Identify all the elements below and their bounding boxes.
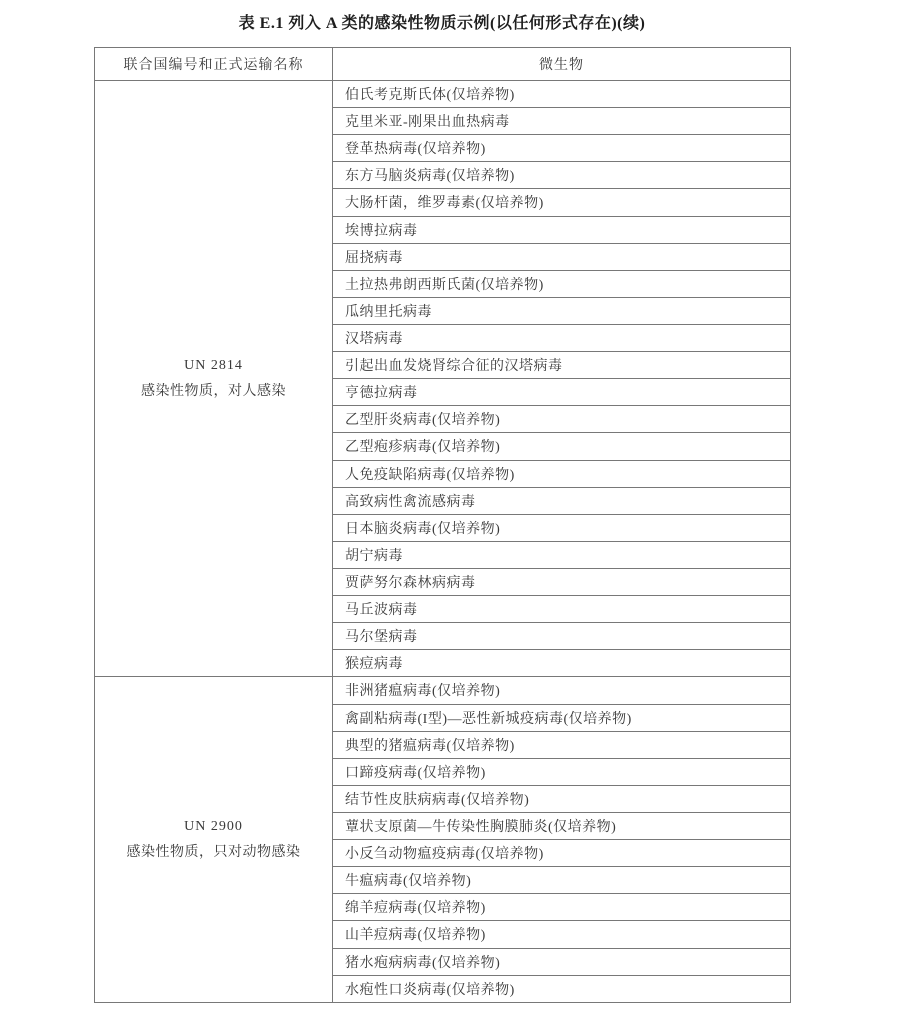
microorganism-cell: 猪水疱病病毒(仅培养物)	[333, 948, 791, 975]
microorganism-cell: 土拉热弗朗西斯氏菌(仅培养物)	[333, 270, 791, 297]
proper-shipping-name: 感染性物质，只对动物感染	[96, 841, 331, 861]
microorganism-cell: 日本脑炎病毒(仅培养物)	[333, 514, 791, 541]
table-title: 表 E.1 列入 A 类的感染性物质示例(以任何形式存在)(续)	[94, 10, 790, 33]
table-header: 联合国编号和正式运输名称 微生物	[95, 48, 791, 81]
microorganism-cell: 乙型肝炎病毒(仅培养物)	[333, 406, 791, 433]
microorganism-cell: 高致病性禽流感病毒	[333, 487, 791, 514]
microorganism-cell: 引起出血发烧肾综合征的汉塔病毒	[333, 352, 791, 379]
microorganism-cell: 贾萨努尔森林病病毒	[333, 568, 791, 595]
microorganism-cell: 山羊痘病毒(仅培养物)	[333, 921, 791, 948]
microorganism-cell: 绵羊痘病毒(仅培养物)	[333, 894, 791, 921]
un-group-cell: UN 2814感染性物质，对人感染	[95, 81, 333, 677]
microorganism-cell: 猴痘病毒	[333, 650, 791, 677]
microorganism-cell: 马尔堡病毒	[333, 623, 791, 650]
infectious-substances-table: 联合国编号和正式运输名称 微生物 UN 2814感染性物质，对人感染伯氏考克斯氏…	[94, 47, 791, 1003]
header-row: 联合国编号和正式运输名称 微生物	[95, 48, 791, 81]
microorganism-cell: 埃博拉病毒	[333, 216, 791, 243]
microorganism-cell: 非洲猪瘟病毒(仅培养物)	[333, 677, 791, 704]
microorganism-cell: 登革热病毒(仅培养物)	[333, 135, 791, 162]
column-header-microorganism: 微生物	[333, 48, 791, 81]
table-row: UN 2900感染性物质，只对动物感染非洲猪瘟病毒(仅培养物)	[95, 677, 791, 704]
microorganism-cell: 亨德拉病毒	[333, 379, 791, 406]
table-body: UN 2814感染性物质，对人感染伯氏考克斯氏体(仅培养物)克里米亚-刚果出血热…	[95, 81, 791, 1003]
microorganism-cell: 瓜纳里托病毒	[333, 297, 791, 324]
microorganism-cell: 水疱性口炎病毒(仅培养物)	[333, 975, 791, 1002]
microorganism-cell: 大肠杆菌，维罗毒素(仅培养物)	[333, 189, 791, 216]
microorganism-cell: 蕈状支原菌—牛传染性胸膜肺炎(仅培养物)	[333, 812, 791, 839]
table-row: UN 2814感染性物质，对人感染伯氏考克斯氏体(仅培养物)	[95, 81, 791, 108]
column-header-un-shipping-name: 联合国编号和正式运输名称	[95, 48, 333, 81]
microorganism-cell: 伯氏考克斯氏体(仅培养物)	[333, 81, 791, 108]
un-number: UN 2814	[96, 358, 331, 374]
microorganism-cell: 人免疫缺陷病毒(仅培养物)	[333, 460, 791, 487]
microorganism-cell: 东方马脑炎病毒(仅培养物)	[333, 162, 791, 189]
microorganism-cell: 屈挠病毒	[333, 243, 791, 270]
microorganism-cell: 乙型疱疹病毒(仅培养物)	[333, 433, 791, 460]
microorganism-cell: 胡宁病毒	[333, 541, 791, 568]
microorganism-cell: 禽副粘病毒(I型)—恶性新城疫病毒(仅培养物)	[333, 704, 791, 731]
microorganism-cell: 典型的猪瘟病毒(仅培养物)	[333, 731, 791, 758]
microorganism-cell: 克里米亚-刚果出血热病毒	[333, 108, 791, 135]
un-group-cell: UN 2900感染性物质，只对动物感染	[95, 677, 333, 1003]
document-page: 表 E.1 列入 A 类的感染性物质示例(以任何形式存在)(续) 联合国编号和正…	[0, 0, 899, 1011]
microorganism-cell: 牛瘟病毒(仅培养物)	[333, 867, 791, 894]
microorganism-cell: 汉塔病毒	[333, 324, 791, 351]
microorganism-cell: 口蹄疫病毒(仅培养物)	[333, 758, 791, 785]
microorganism-cell: 结节性皮肤病病毒(仅培养物)	[333, 785, 791, 812]
microorganism-cell: 小反刍动物瘟疫病毒(仅培养物)	[333, 840, 791, 867]
microorganism-cell: 马丘波病毒	[333, 596, 791, 623]
proper-shipping-name: 感染性物质，对人感染	[96, 380, 331, 400]
un-number: UN 2900	[96, 819, 331, 835]
